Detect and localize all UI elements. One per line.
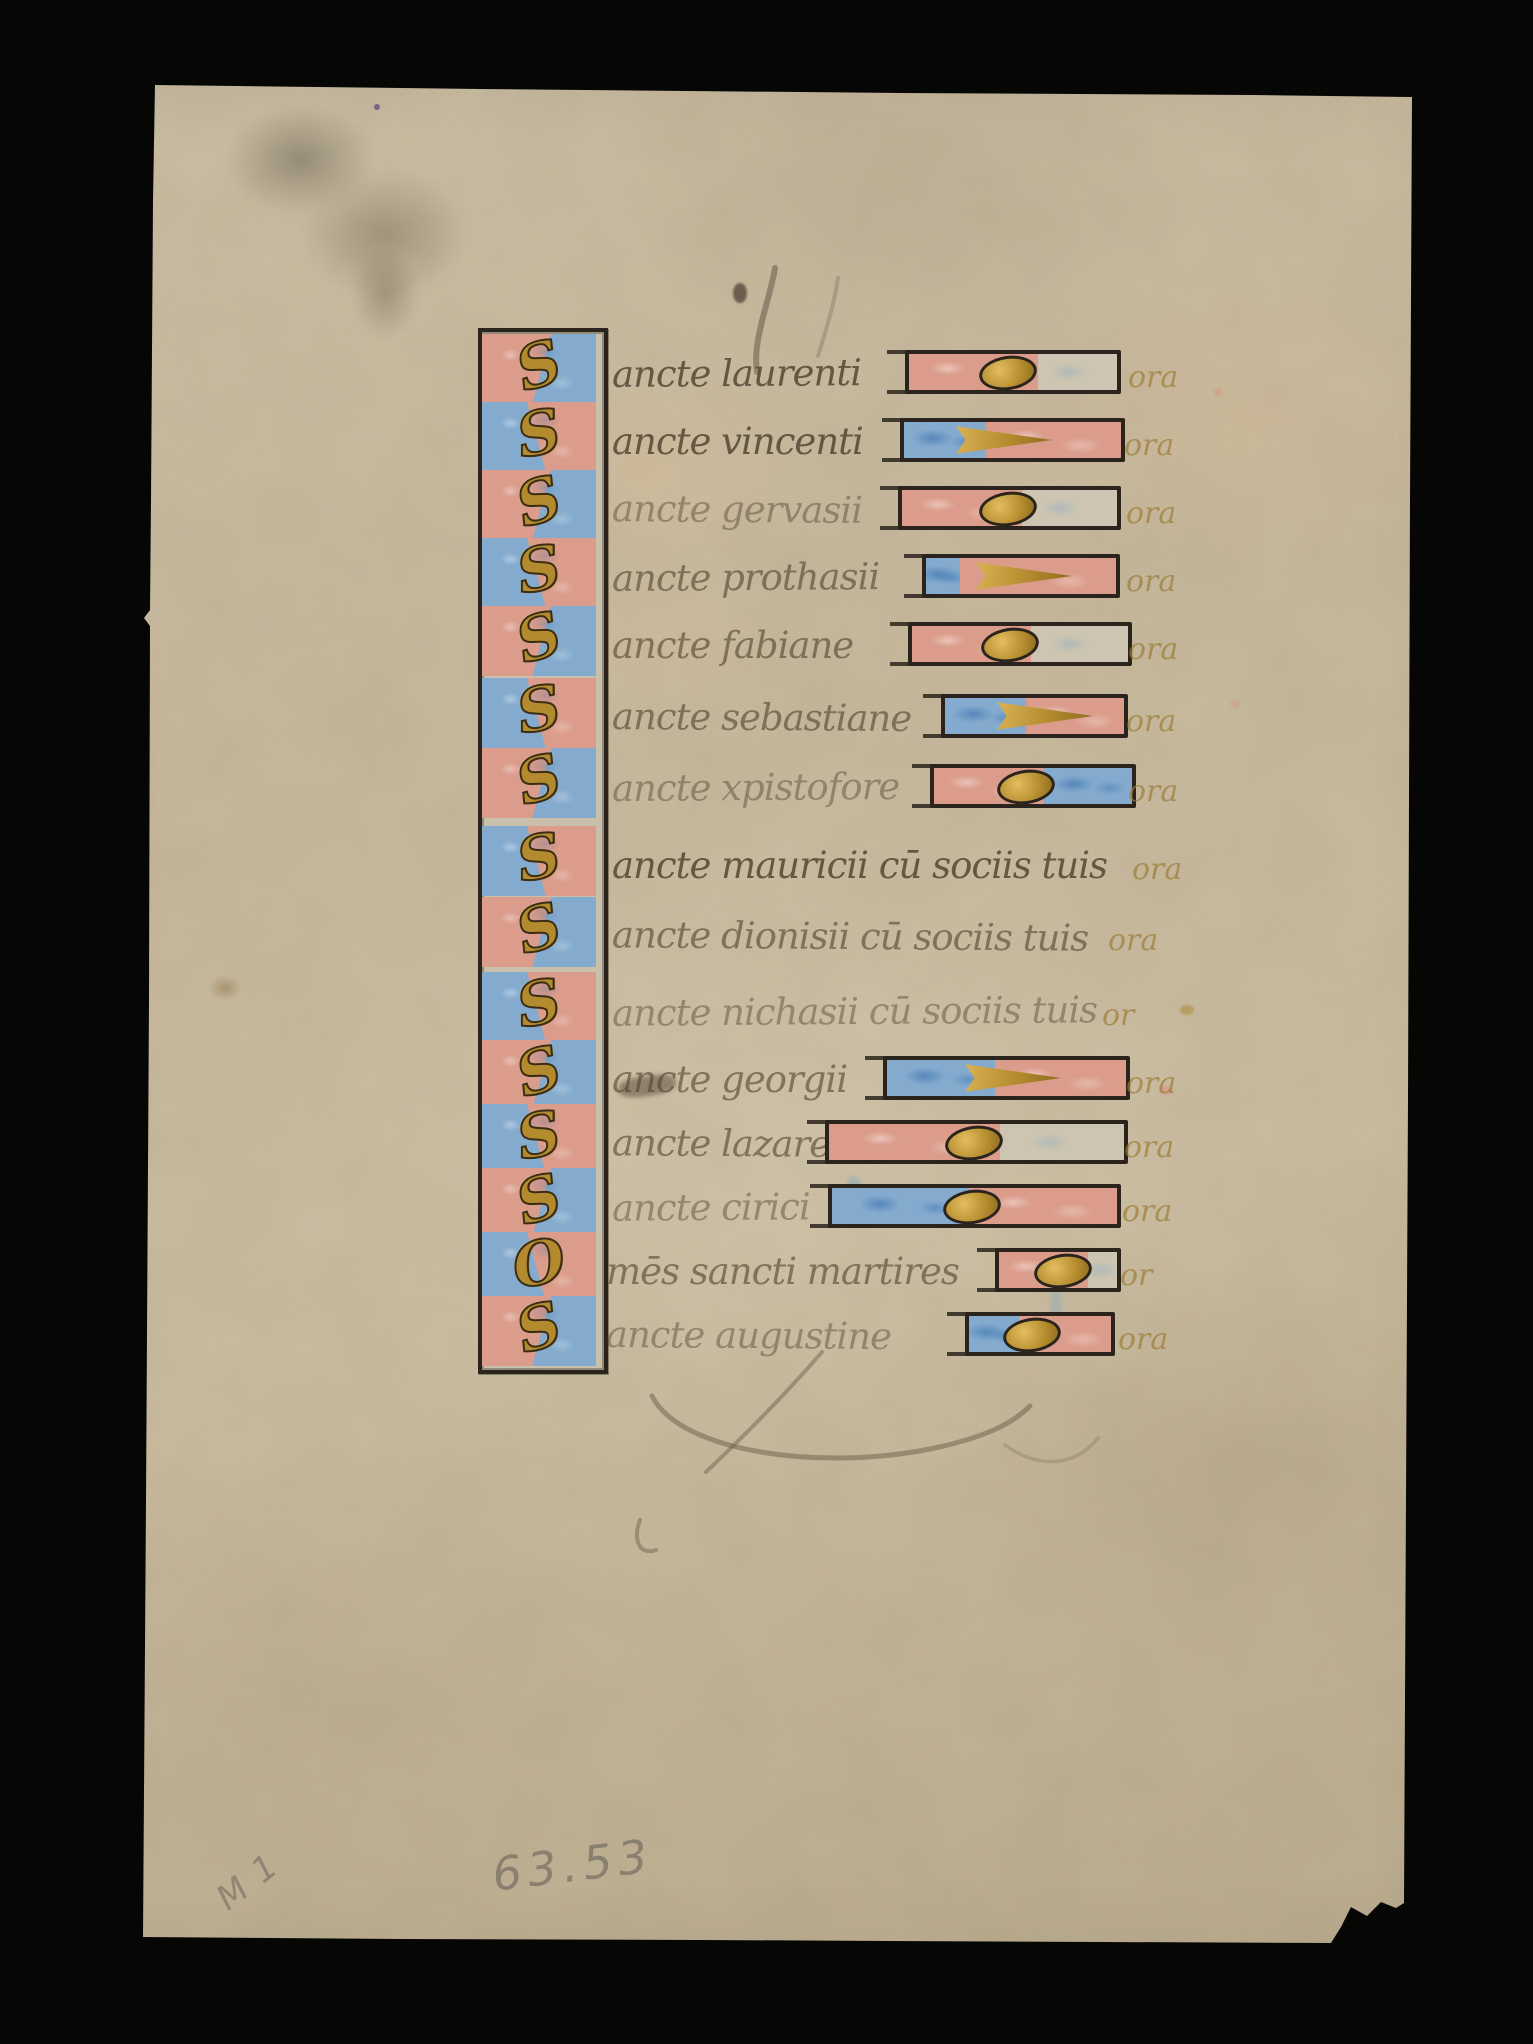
photograph-background: { "page": {"background_color": "#060605"…: [0, 0, 1533, 2044]
response-ora: ora: [1108, 923, 1158, 958]
response-ora: or: [1120, 1258, 1152, 1293]
response-ora: ora: [1126, 496, 1176, 531]
response-ora: ora: [1128, 774, 1178, 809]
line-filler: [908, 622, 1132, 666]
litany-text: ancte lazare: [612, 1121, 830, 1166]
response-ora: or: [1102, 998, 1134, 1033]
filler-ground-right: [1000, 1124, 1124, 1160]
flourish-stroke: [706, 1352, 822, 1472]
filler-ground-right: [1038, 354, 1117, 390]
flourish-stroke: [1005, 1438, 1098, 1462]
response-ora: ora: [1126, 564, 1176, 599]
line-filler: [898, 486, 1121, 530]
litany-text: ancte dionisii cū sociis tuis: [612, 913, 1089, 959]
response-ora: ora: [1128, 632, 1178, 667]
flourish-stroke: [652, 1396, 1030, 1458]
pigment-speck: [1180, 1005, 1194, 1015]
line-filler: [995, 1248, 1121, 1292]
filler-ground-right: [1043, 768, 1132, 804]
filler-ground-left: [926, 558, 960, 594]
litany-text: ancte nichasii cū sociis tuis: [612, 988, 1097, 1034]
line-filler: [905, 350, 1121, 394]
line-filler: [930, 764, 1136, 808]
litany-text: ancte georgii: [612, 1058, 847, 1101]
manuscript-leaf: SSSSSSSSSSSSSOS ancte laurentioraancte v…: [0, 0, 1533, 2044]
pen-hook: [637, 1520, 656, 1551]
pen-stroke: [818, 278, 838, 356]
response-ora: ora: [1128, 360, 1178, 395]
line-filler: [965, 1312, 1115, 1356]
line-filler: [922, 554, 1120, 598]
filler-ground-right: [1088, 1252, 1118, 1288]
litany-text: ancte vincenti: [612, 420, 863, 463]
litany-text: ancte sebastiane: [612, 695, 912, 740]
pencil-inscription-left: M 1: [209, 1845, 287, 1918]
response-ora: ora: [1132, 852, 1182, 887]
ink-dot: [374, 104, 380, 110]
litany-text: mēs sancti martires: [606, 1250, 959, 1293]
litany-text: ancte mauricii cū sociis tuis: [612, 844, 1107, 887]
response-ora: ora: [1124, 1130, 1174, 1165]
stain: [300, 170, 470, 300]
line-filler: [825, 1120, 1128, 1164]
litany-text: ancte augustine: [606, 1313, 891, 1358]
litany-text: ancte fabiane: [612, 624, 853, 667]
filler-ground-right: [1031, 626, 1128, 662]
line-filler: [883, 1056, 1130, 1100]
litany-text: ancte gervasii: [612, 487, 862, 532]
pencil-inscription-accession: 63.53: [489, 1828, 656, 1901]
stain: [350, 250, 420, 340]
response-ora: ora: [1126, 1066, 1176, 1101]
stain: [225, 105, 375, 215]
illuminated-initial-column: SSSSSSSSSSSSSOS: [478, 328, 608, 1374]
response-ora: ora: [1122, 1194, 1172, 1229]
response-ora: ora: [1126, 704, 1176, 739]
line-filler: [828, 1184, 1121, 1228]
response-ora: ora: [1118, 1322, 1168, 1357]
pigment-speck: [1214, 388, 1223, 396]
response-ora: ora: [1124, 428, 1174, 463]
litany-text: ancte xpistofore: [612, 765, 900, 810]
line-filler: [900, 418, 1125, 462]
ink-blot: [733, 283, 747, 303]
stain: [208, 975, 242, 1001]
litany-text: ancte prothasii: [612, 555, 879, 600]
line-filler: [941, 694, 1128, 738]
litany-text: ancte laurenti: [612, 351, 861, 396]
litany-text: ancte cirici: [612, 1185, 810, 1229]
pigment-speck: [1230, 700, 1240, 708]
